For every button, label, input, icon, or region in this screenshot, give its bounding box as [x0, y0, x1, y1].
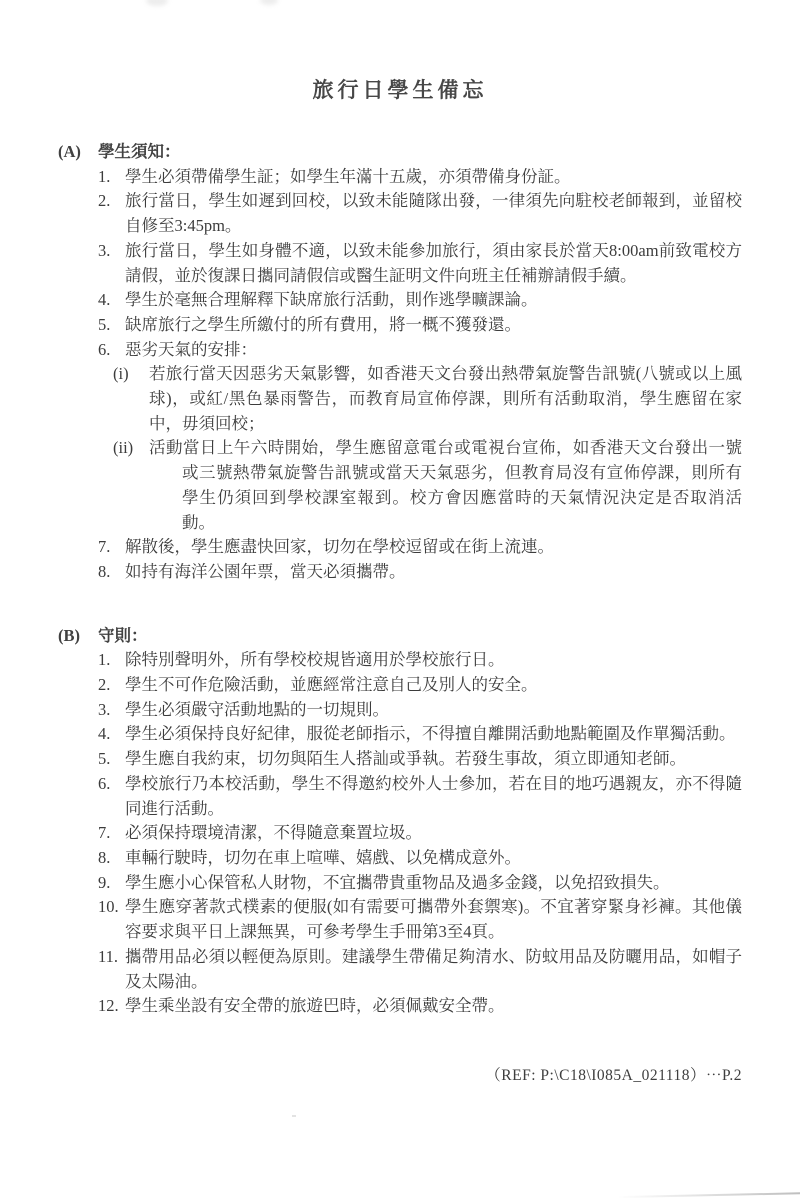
list-item: 1. 除特別聲明外，所有學校校規皆適用於學校旅行日。 [98, 648, 742, 673]
list-item: 2. 旅行當日，學生如遲到回校，以致未能隨隊出發，一律須先向駐校老師報到，並留校… [98, 189, 742, 238]
item-text: 缺席旅行之學生所繳付的所有費用，將一概不獲發還。 [125, 313, 742, 338]
item-number: 12. [98, 994, 125, 1019]
item-text: 學生必須嚴守活動地點的一切規則。 [125, 698, 742, 723]
item-text: 學校旅行乃本校活動，學生不得邀約校外人士參加，若在目的地巧遇親友，亦不得隨同進行… [125, 772, 742, 821]
item-number: 7. [98, 535, 125, 560]
item-text: 學生應小心保管私人財物，不宜攜帶貴重物品及過多金錢，以免招致損失。 [125, 871, 742, 896]
item-number: 11. [98, 945, 125, 994]
list-item: 5. 缺席旅行之學生所繳付的所有費用，將一概不獲發還。 [98, 313, 742, 338]
item-text: 攜帶用品必須以輕便為原則。建議學生帶備足夠清水、防蚊用品及防曬用品，如帽子及太陽… [125, 945, 742, 994]
footer-ref: （REF: P:\C18\I085A_021118）⋯P.2 [58, 1063, 742, 1085]
section-b: (B) 守則： 1. 除特別聲明外，所有學校校規皆適用於學校旅行日。 2. 學生… [58, 624, 742, 1019]
section-heading: (A) 學生須知： [58, 140, 742, 165]
sub-item-marker: (ii) [113, 436, 149, 535]
section-a: (A) 學生須知： 1. 學生必須帶備學生証；如學生年滿十五歲，亦須帶備身份証。… [58, 140, 742, 585]
list-item: 12. 學生乘坐設有安全帶的旅遊巴時，必須佩戴安全帶。 [98, 994, 742, 1019]
list-item: 3. 學生必須嚴守活動地點的一切規則。 [98, 698, 742, 723]
list-item: 3. 旅行當日，學生如身體不適，以致未能參加旅行，須由家長於當天8:00am前致… [98, 239, 742, 288]
sub-item-text: 活動當日上午六時開始，學生應留意電台或電視台宣佈，如香港天文台發出一號或三號熱帶… [149, 436, 742, 535]
scan-smudge [146, 0, 168, 6]
scan-edge-artifact [618, 1192, 800, 1198]
list-item: 1. 學生必須帶備學生証；如學生年滿十五歲，亦須帶備身份証。 [98, 165, 742, 190]
item-text: 學生應穿著款式樸素的便服(如有需要可攜帶外套禦寒)。不宜著穿緊身衫褲。其他儀容要… [125, 895, 742, 944]
document-title: 旅行日學生備忘 [58, 74, 742, 104]
scan-speck [292, 1115, 296, 1117]
item-text: 車輛行駛時，切勿在車上喧嘩、嬉戲、以免構成意外。 [125, 846, 742, 871]
item-number: 2. [98, 189, 125, 238]
item-text: 解散後，學生應盡快回家，切勿在學校逗留或在街上流連。 [125, 535, 742, 560]
item-number: 10. [98, 895, 125, 944]
list-item: 6. 學校旅行乃本校活動，學生不得邀約校外人士參加，若在目的地巧遇親友，亦不得隨… [98, 772, 742, 821]
section-heading: (B) 守則： [58, 624, 742, 649]
item-text: 學生不可作危險活動，並應經常注意自己及別人的安全。 [125, 673, 742, 698]
item-text: 旅行當日，學生如身體不適，以致未能參加旅行，須由家長於當天8:00am前致電校方… [125, 239, 742, 288]
section-heading-text: 學生須知： [98, 140, 181, 165]
item-number: 6. [98, 338, 125, 363]
item-text: 如持有海洋公園年票，當天必須攜帶。 [125, 560, 742, 585]
item-text: 學生於毫無合理解釋下缺席旅行活動，則作逃學曠課論。 [125, 288, 742, 313]
item-number: 5. [98, 313, 125, 338]
list-item: 10. 學生應穿著款式樸素的便服(如有需要可攜帶外套禦寒)。不宜著穿緊身衫褲。其… [98, 895, 742, 944]
item-number: 4. [98, 722, 125, 747]
item-number: 9. [98, 871, 125, 896]
list-item: 9. 學生應小心保管私人財物，不宜攜帶貴重物品及過多金錢，以免招致損失。 [98, 871, 742, 896]
item-text: 旅行當日，學生如遲到回校，以致未能隨隊出發，一律須先向駐校老師報到，並留校自修至… [125, 189, 742, 238]
list-item: 8. 如持有海洋公園年票，當天必須攜帶。 [98, 560, 742, 585]
list-item: 4. 學生必須保持良好紀律，服從老師指示，不得擅自離開活動地點範圍及作單獨活動。 [98, 722, 742, 747]
section-label: (A) [58, 140, 98, 165]
sub-item-marker: (i) [113, 362, 149, 436]
list-item: 8. 車輛行駛時，切勿在車上喧嘩、嬉戲、以免構成意外。 [98, 846, 742, 871]
scan-smudge [260, 0, 278, 5]
section-label: (B) [58, 624, 98, 649]
item-text: 惡劣天氣的安排： [125, 338, 742, 363]
list-item: 7. 必須保持環境清潔，不得隨意棄置垃圾。 [98, 821, 742, 846]
list-item: 2. 學生不可作危險活動，並應經常注意自己及別人的安全。 [98, 673, 742, 698]
item-number: 2. [98, 673, 125, 698]
item-number: 6. [98, 772, 125, 821]
item-text: 學生乘坐設有安全帶的旅遊巴時，必須佩戴安全帶。 [125, 994, 742, 1019]
sub-item: (ii) 活動當日上午六時開始，學生應留意電台或電視台宣佈，如香港天文台發出一號… [98, 436, 742, 535]
sub-item: (i) 若旅行當天因惡劣天氣影響，如香港天文台發出熱帶氣旋警告訊號(八號或以上風… [98, 362, 742, 436]
sub-item-text: 若旅行當天因惡劣天氣影響，如香港天文台發出熱帶氣旋警告訊號(八號或以上風球)，或… [149, 362, 742, 436]
list-item: 4. 學生於毫無合理解釋下缺席旅行活動，則作逃學曠課論。 [98, 288, 742, 313]
list-item: 6. 惡劣天氣的安排： [98, 338, 742, 363]
item-text: 學生必須保持良好紀律，服從老師指示，不得擅自離開活動地點範圍及作單獨活動。 [125, 722, 742, 747]
item-number: 3. [98, 698, 125, 723]
section-a-items: 1. 學生必須帶備學生証；如學生年滿十五歲，亦須帶備身份証。 2. 旅行當日，學… [98, 165, 742, 585]
item-text: 學生應自我約束，切勿與陌生人搭訕或爭執。若發生事故，須立即通知老師。 [125, 747, 742, 772]
item-number: 8. [98, 560, 125, 585]
item-number: 5. [98, 747, 125, 772]
document-page: 旅行日學生備忘 (A) 學生須知： 1. 學生必須帶備學生証；如學生年滿十五歲，… [0, 0, 800, 1200]
list-item: 11. 攜帶用品必須以輕便為原則。建議學生帶備足夠清水、防蚊用品及防曬用品，如帽… [98, 945, 742, 994]
section-b-items: 1. 除特別聲明外，所有學校校規皆適用於學校旅行日。 2. 學生不可作危險活動，… [98, 648, 742, 1019]
item-text: 除特別聲明外，所有學校校規皆適用於學校旅行日。 [125, 648, 742, 673]
item-number: 1. [98, 648, 125, 673]
item-number: 7. [98, 821, 125, 846]
section-heading-text: 守則： [98, 624, 148, 649]
list-item: 5. 學生應自我約束，切勿與陌生人搭訕或爭執。若發生事故，須立即通知老師。 [98, 747, 742, 772]
item-text: 學生必須帶備學生証；如學生年滿十五歲，亦須帶備身份証。 [125, 165, 742, 190]
item-number: 8. [98, 846, 125, 871]
item-text: 必須保持環境清潔，不得隨意棄置垃圾。 [125, 821, 742, 846]
list-item: 7. 解散後，學生應盡快回家，切勿在學校逗留或在街上流連。 [98, 535, 742, 560]
item-number: 4. [98, 288, 125, 313]
item-number: 3. [98, 239, 125, 288]
item-number: 1. [98, 165, 125, 190]
